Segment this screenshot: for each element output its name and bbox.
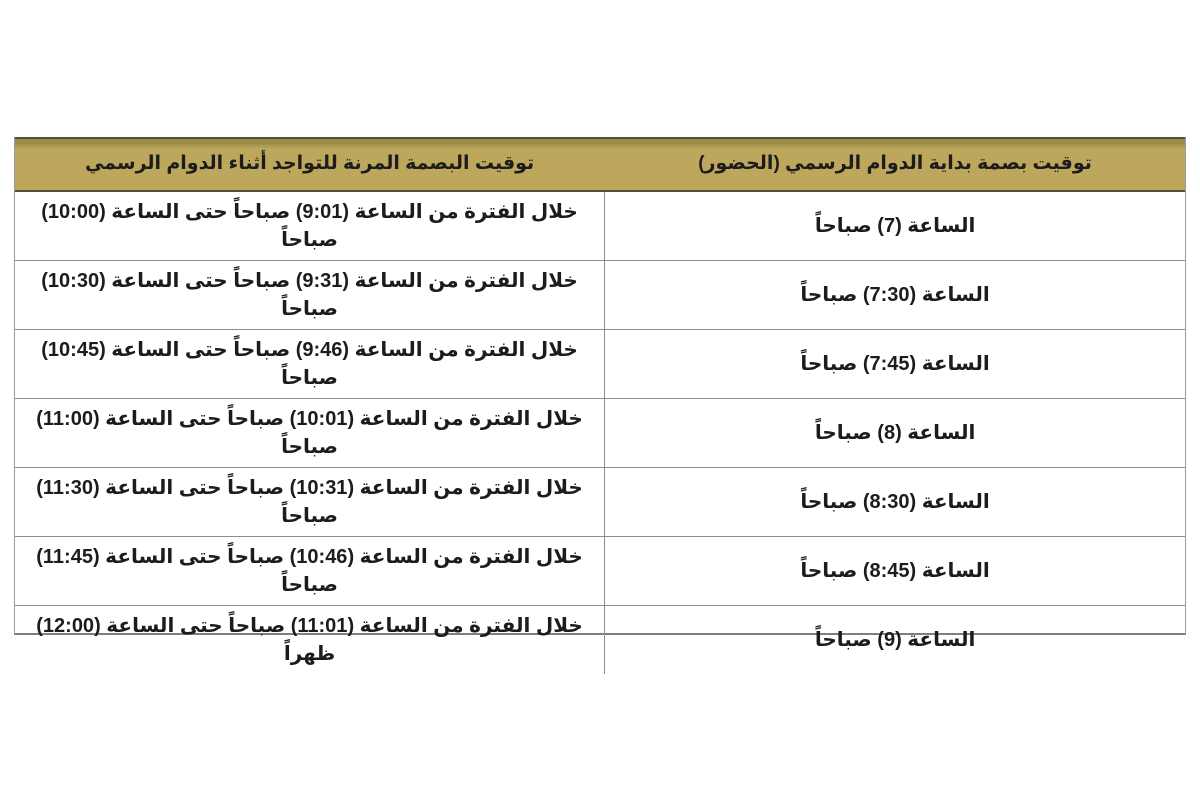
- cell-official: الساعة (9) صباحاً: [604, 606, 1185, 674]
- cell-flexible: خلال الفترة من الساعة (9:01) صباحاً حتى …: [15, 192, 604, 260]
- table-header-row: توقيت بصمة بداية الدوام الرسمي (الحضور) …: [15, 137, 1185, 192]
- table-row: الساعة (8:30) صباحاً خلال الفترة من السا…: [15, 468, 1185, 537]
- table-row: الساعة (8:45) صباحاً خلال الفترة من السا…: [15, 537, 1185, 606]
- attendance-table: توقيت بصمة بداية الدوام الرسمي (الحضور) …: [14, 137, 1186, 635]
- cell-flexible: خلال الفترة من الساعة (10:46) صباحاً حتى…: [15, 537, 604, 605]
- cell-flexible: خلال الفترة من الساعة (10:31) صباحاً حتى…: [15, 468, 604, 536]
- table-row: الساعة (8) صباحاً خلال الفترة من الساعة …: [15, 399, 1185, 468]
- cell-flexible: خلال الفترة من الساعة (10:01) صباحاً حتى…: [15, 399, 604, 467]
- cell-official: الساعة (7:45) صباحاً: [604, 330, 1185, 398]
- header-cell-official: توقيت بصمة بداية الدوام الرسمي (الحضور): [604, 139, 1185, 190]
- table-row: الساعة (7:45) صباحاً خلال الفترة من السا…: [15, 330, 1185, 399]
- cell-official: الساعة (7:30) صباحاً: [604, 261, 1185, 329]
- cell-flexible: خلال الفترة من الساعة (9:31) صباحاً حتى …: [15, 261, 604, 329]
- table-row: الساعة (7) صباحاً خلال الفترة من الساعة …: [15, 192, 1185, 261]
- header-cell-flexible: توقيت البصمة المرنة للتواجد أثناء الدوام…: [15, 139, 604, 190]
- cell-flexible: خلال الفترة من الساعة (9:46) صباحاً حتى …: [15, 330, 604, 398]
- table-row: الساعة (7:30) صباحاً خلال الفترة من السا…: [15, 261, 1185, 330]
- cell-official: الساعة (8:30) صباحاً: [604, 468, 1185, 536]
- cell-official: الساعة (8) صباحاً: [604, 399, 1185, 467]
- table-row: الساعة (9) صباحاً خلال الفترة من الساعة …: [15, 606, 1185, 674]
- cell-official: الساعة (7) صباحاً: [604, 192, 1185, 260]
- cell-official: الساعة (8:45) صباحاً: [604, 537, 1185, 605]
- document-page: توقيت بصمة بداية الدوام الرسمي (الحضور) …: [0, 0, 1200, 800]
- cell-flexible: خلال الفترة من الساعة (11:01) صباحاً حتى…: [15, 606, 604, 674]
